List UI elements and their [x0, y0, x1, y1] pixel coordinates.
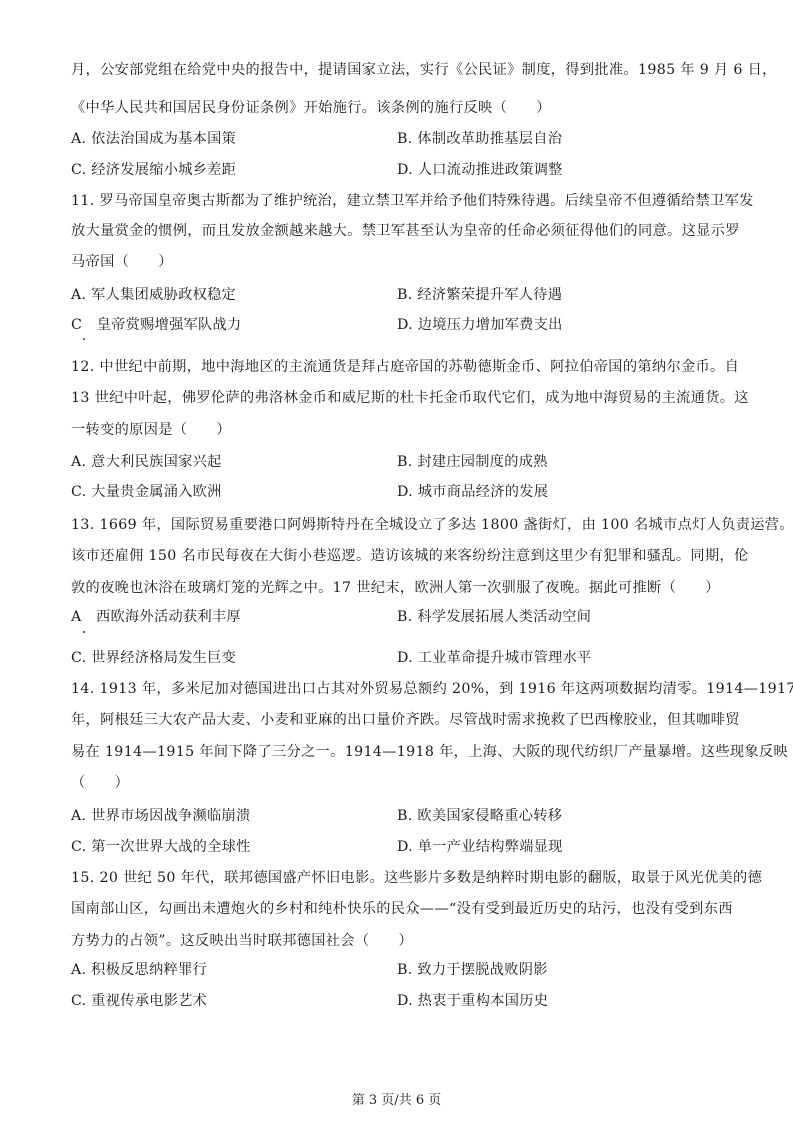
question-text-line: 放大量赏金的惯例，而且发放金额越来越大。禁卫军甚至认为皇帝的任命必须征得他们的同…	[71, 222, 740, 240]
option-a[interactable]: A 西欧海外活动获利丰厚	[71, 608, 241, 626]
option-a[interactable]: A. 积极反思纳粹罪行	[71, 961, 207, 979]
stray-dot-mark	[83, 338, 85, 340]
stray-dot-mark	[83, 631, 85, 633]
question-text-line: 13. 1669 年，国际贸易重要港口阿姆斯特丹在全城设立了多达 1800 盏街…	[71, 516, 793, 534]
question-text-line: 15. 20 世纪 50 年代，联邦德国盛产怀旧电影。这些影片多数是纳粹时期电影…	[71, 869, 762, 887]
question-text-line: 月，公安部党组在给党中央的报告中，提请国家立法，实行《公民证》制度，得到批准。1…	[71, 61, 777, 79]
option-b[interactable]: B. 科学发展拓展人类活动空间	[397, 608, 591, 626]
option-d[interactable]: D. 边境压力增加军费支出	[397, 316, 563, 334]
option-b[interactable]: B. 经济繁荣提升军人待遇	[397, 286, 562, 304]
question-text-line: 该市还雇佣 150 名市民每夜在大街小巷巡逻。造访该城的来客纷纷注意到这里少有犯…	[71, 547, 749, 565]
question-text-line: 敦的夜晚也沐浴在玻璃灯笼的光辉之中。17 世纪末，欧洲人第一次驯服了夜晚。据此可…	[71, 579, 720, 597]
question-text-line: 13 世纪中叶起，佛罗伦萨的弗洛林金币和威尼斯的杜卡托金币取代它们，成为地中海贸…	[71, 389, 749, 407]
option-a[interactable]: A. 依法治国成为基本国策	[71, 130, 236, 148]
question-text-line: 马帝国（ ）	[71, 253, 173, 271]
question-text-line: 易在 1914—1915 年间下降了三分之一。1914—1918 年，上海、大阪…	[71, 743, 788, 761]
option-b[interactable]: B. 体制改革助推基层自治	[397, 130, 562, 148]
option-c[interactable]: C. 世界经济格局发生巨变	[71, 649, 236, 667]
question-text-line: 《中华人民共和国居民身份证条例》开始施行。该条例的施行反映（ ）	[71, 99, 551, 117]
option-d[interactable]: D. 热衷于重构本国历史	[397, 992, 548, 1010]
option-c[interactable]: C. 经济发展缩小城乡差距	[71, 161, 236, 179]
option-b[interactable]: B. 欧美国家侵略重心转移	[397, 807, 562, 825]
question-text-line: 12. 中世纪中前期，地中海地区的主流通货是拜占庭帝国的苏勒德斯金币、阿拉伯帝国…	[71, 358, 739, 376]
option-d[interactable]: D. 城市商品经济的发展	[397, 483, 548, 501]
option-c[interactable]: C 皇帝赏赐增强军队战力	[71, 316, 242, 334]
option-d[interactable]: D. 工业革命提升城市管理水平	[397, 649, 592, 667]
option-b[interactable]: B. 封建庄园制度的成熟	[397, 453, 548, 471]
option-b[interactable]: B. 致力于摆脱战败阴影	[397, 961, 548, 979]
page-number-footer: 第 3 页/共 6 页	[0, 1089, 793, 1108]
option-a[interactable]: A. 军人集团威胁政权稳定	[71, 286, 236, 304]
question-text-line: 一转变的原因是（ ）	[71, 421, 231, 439]
question-text-line: 国南部山区，勾画出未遭炮火的乡村和纯朴快乐的民众——“没有受到最近历史的玷污，也…	[71, 900, 733, 918]
option-a[interactable]: A. 意大利民族国家兴起	[71, 453, 222, 471]
option-c[interactable]: C. 重视传承电影艺术	[71, 992, 207, 1010]
option-d[interactable]: D. 单一产业结构弊端显现	[397, 838, 563, 856]
option-c[interactable]: C. 大量贵金属涌入欧洲	[71, 483, 222, 501]
option-d[interactable]: D. 人口流动推进政策调整	[397, 161, 563, 179]
question-text-line: 方势力的占领”。这反映出当时联邦德国社会（ ）	[71, 932, 413, 950]
question-text-line: 11. 罗马帝国皇帝奥古斯都为了维护统治，建立禁卫军并给予他们特殊待遇。后续皇帝…	[71, 192, 754, 210]
option-a[interactable]: A. 世界市场因战争濒临崩溃	[71, 807, 251, 825]
question-text-line: （ ）	[71, 774, 129, 792]
question-text-line: 14. 1913 年，多米尼加对德国进出口占其对外贸易总额约 20%，到 191…	[71, 680, 793, 698]
option-c[interactable]: C. 第一次世界大战的全球性	[71, 838, 251, 856]
question-text-line: 年，阿根廷三大农产品大麦、小麦和亚麻的出口量价齐跌。尽管战时需求挽救了巴西橡胶业…	[71, 711, 740, 729]
